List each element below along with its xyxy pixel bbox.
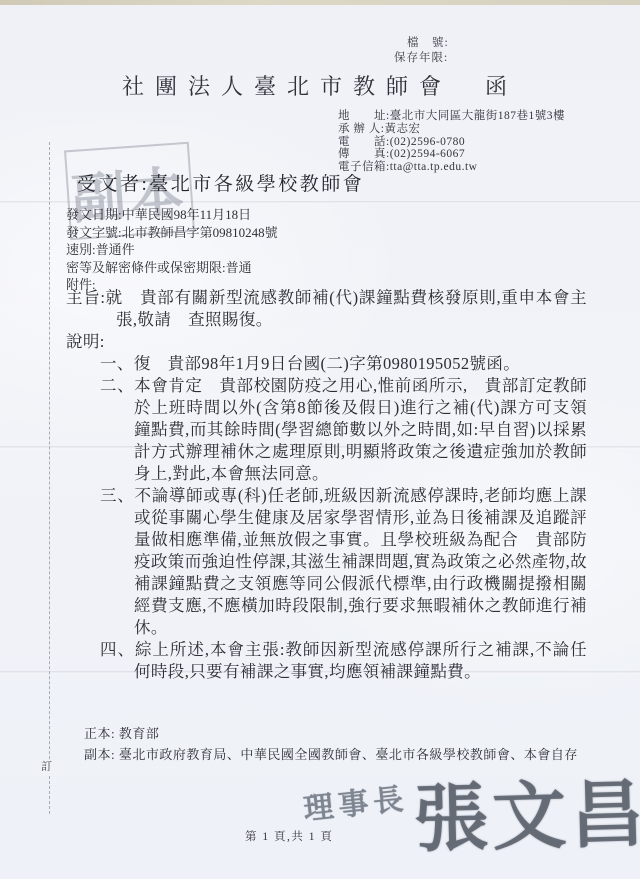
- recipient-line: 受文者:臺北市各級學校教師會: [77, 169, 364, 196]
- org-contact-person-line: 承 辦 人:黃志宏: [338, 123, 565, 136]
- item-text: 綜上所述,本會主張:教師因新型流感停課所行之補課,不論任何時段,只要有補課之事實…: [134, 640, 587, 681]
- org-email-line: 電子信箱:tta@tta.tp.edu.tw: [338, 161, 565, 174]
- chairman-signature-stamp: 張文昌: [413, 755, 640, 867]
- issue-date-line: 發文日期:中華民國98年11月18日: [66, 206, 278, 224]
- reference-number-line: 發文字號:北市教師昌字第09810248號: [66, 224, 278, 242]
- item-text: 不論導師或專(科)任老師,班級因新流感停課時,老師均應上課或從事關心學生健康及居…: [134, 486, 587, 637]
- item-number: 三、: [100, 486, 134, 505]
- meta-block: 發文日期:中華民國98年11月18日 發文字號:北市教師昌字第09810248號…: [66, 206, 278, 294]
- original-recipient-line: 正本: 教育部: [84, 723, 578, 744]
- list-item: 一、復 貴部98年1月9日台國(二)字第0980195052號函。: [100, 353, 587, 375]
- org-info-block: 地 址:臺北市大同區大龍街187巷1號3樓 承 辦 人:黃志宏 電 話:(02)…: [338, 110, 565, 174]
- list-item: 二、本會肯定 貴部校園防疫之用心,惟前函所示, 貴部訂定教師於上班時間以外(含第…: [100, 375, 587, 485]
- file-number-block: 檔 號: 保存年限:: [394, 36, 449, 66]
- binding-mark: 訂: [41, 760, 52, 774]
- binding-dashed-line: [49, 142, 50, 814]
- item-text: 本會肯定 貴部校園防疫之用心,惟前函所示, 貴部訂定教師於上班時間以外(含第8節…: [134, 376, 587, 483]
- item-number: 一、: [100, 354, 134, 373]
- subject-paragraph: 主旨:就 貴部有關新型流感教師補(代)課鐘點費核發原則,重申本會主張,敬請 查照…: [66, 287, 587, 331]
- item-number: 四、: [100, 640, 135, 659]
- page-number: 第 1 頁,共 1 頁: [245, 828, 333, 844]
- list-item: 四、綜上所述,本會主張:教師因新型流感停課所行之補課,不論任何時段,只要有補課之…: [100, 639, 587, 683]
- chairman-title-stamp: 理事長: [301, 774, 410, 829]
- retention-label: 保存年限:: [394, 51, 449, 66]
- item-text: 復 貴部98年1月9日台國(二)字第0980195052號函。: [134, 354, 520, 373]
- document-title: 社團法人臺北市教師會 函: [0, 70, 640, 101]
- scanned-official-letter: 訂 檔 號: 保存年限: 社團法人臺北市教師會 函 地 址:臺北市大同區大龍街1…: [0, 0, 640, 879]
- confidentiality-line: 密等及解密條件或保密期限:普通: [66, 259, 278, 277]
- file-number-label: 檔 號:: [407, 36, 449, 51]
- speed-class-line: 速別:普通件: [66, 241, 278, 259]
- item-number: 二、: [100, 376, 134, 395]
- org-fax-line: 傳 真:(02)2594-6067: [338, 148, 565, 161]
- list-item: 三、不論導師或專(科)任老師,班級因新流感停課時,老師均應上課或從事關心學生健康…: [100, 485, 587, 639]
- explanation-label: 說明:: [66, 331, 587, 353]
- org-address-line: 地 址:臺北市大同區大龍街187巷1號3樓: [338, 110, 565, 123]
- letter-body: 主旨:就 貴部有關新型流感教師補(代)課鐘點費核發原則,重申本會主張,敬請 查照…: [66, 287, 587, 683]
- org-phone-line: 電 話:(02)2596-0780: [338, 136, 565, 149]
- scanner-edge-strip: [0, 0, 640, 5]
